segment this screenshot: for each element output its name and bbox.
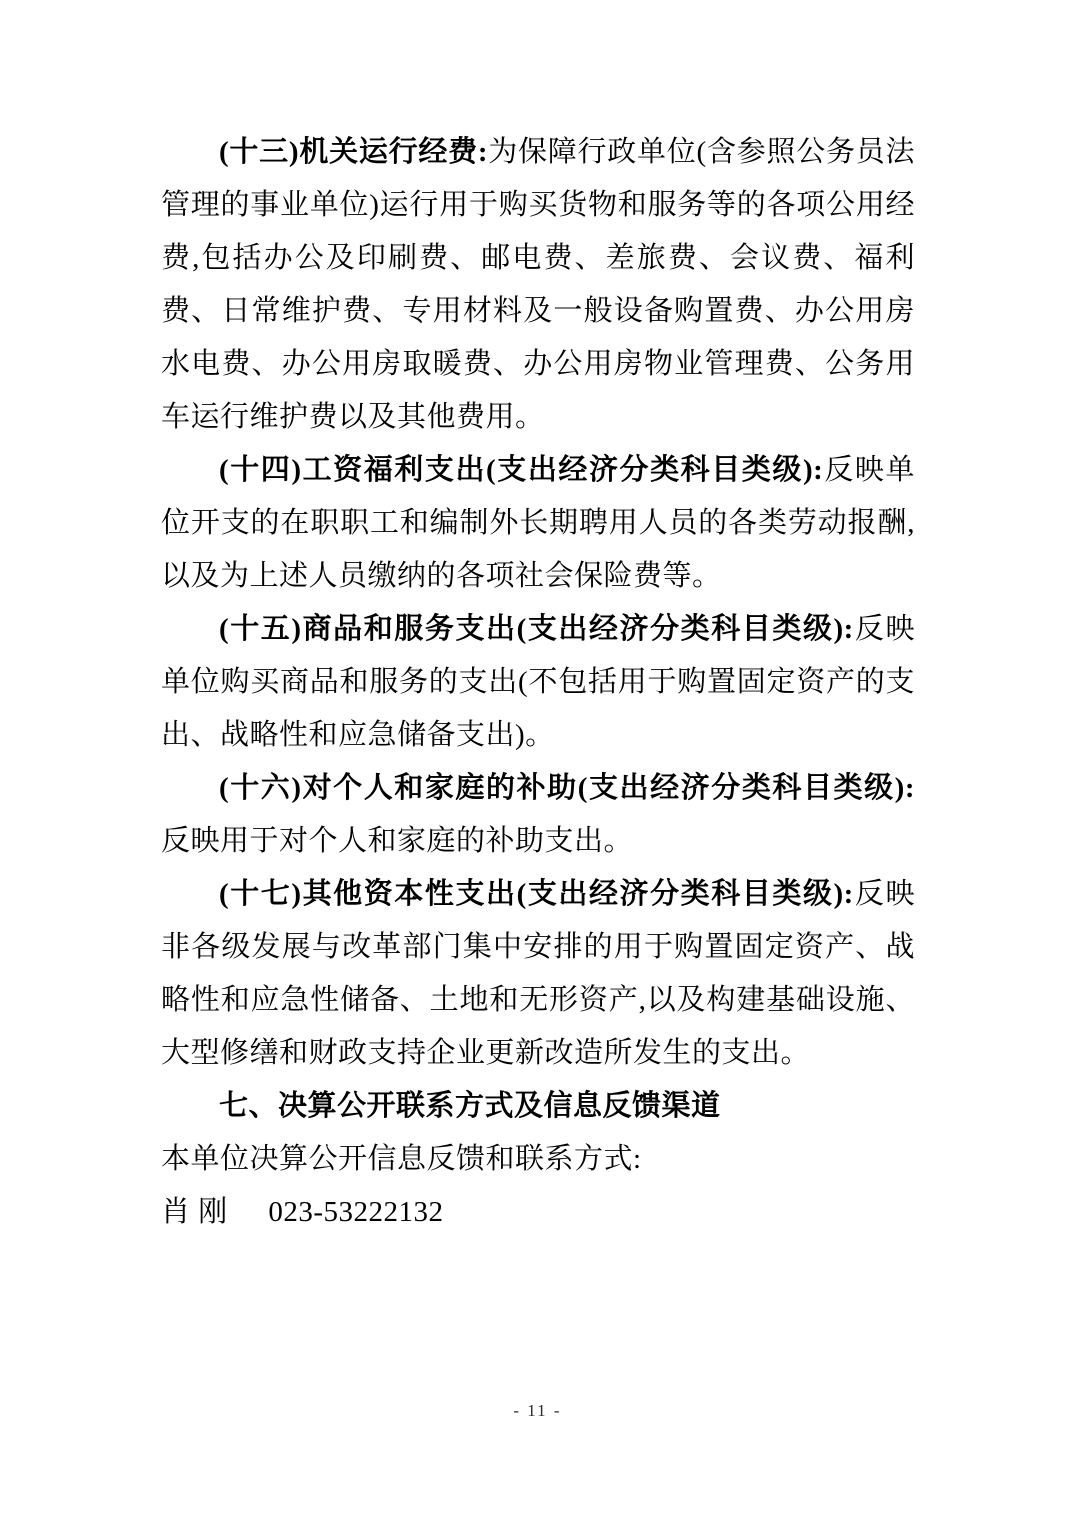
contact-name: 肖 刚 [161, 1196, 228, 1228]
contact-intro: 本单位决算公开信息反馈和联系方式: [161, 1133, 915, 1186]
paragraph-list: (十三)机关运行经费:为保障行政单位(含参照公务员法管理的事业单位)运行用于购买… [161, 126, 915, 1080]
page-number: - 11 - [513, 1401, 561, 1420]
paragraph: (十四)工资福利支出(支出经济分类科目类级):反映单位开支的在职职工和编制外长期… [161, 444, 915, 603]
page-footer: - 11 - [0, 1401, 1075, 1421]
paragraph-lead: (十三)机关运行经费: [219, 136, 488, 168]
paragraph-body: 为保障行政单位(含参照公务员法管理的事业单位)运行用于购买货物和服务等的各项公用… [161, 136, 915, 433]
paragraph-lead: (十六)对个人和家庭的补助(支出经济分类科目类级): [219, 772, 915, 804]
contact-phone: 023-53222132 [268, 1196, 443, 1228]
contact-line: 肖 刚023-53222132 [161, 1186, 915, 1239]
paragraph-lead: (十四)工资福利支出(支出经济分类科目类级): [219, 454, 823, 486]
paragraph: (十五)商品和服务支出(支出经济分类科目类级):反映单位购买商品和服务的支出(不… [161, 603, 915, 762]
paragraph: (十七)其他资本性支出(支出经济分类科目类级):反映非各级发展与改革部门集中安排… [161, 868, 915, 1080]
document-content: (十三)机关运行经费:为保障行政单位(含参照公务员法管理的事业单位)运行用于购买… [161, 126, 915, 1239]
paragraph-lead: (十五)商品和服务支出(支出经济分类科目类级): [219, 613, 854, 645]
paragraph-body: 反映用于对个人和家庭的补助支出。 [161, 825, 633, 857]
paragraph: (十三)机关运行经费:为保障行政单位(含参照公务员法管理的事业单位)运行用于购买… [161, 126, 915, 444]
paragraph: (十六)对个人和家庭的补助(支出经济分类科目类级):反映用于对个人和家庭的补助支… [161, 762, 915, 868]
document-page: (十三)机关运行经费:为保障行政单位(含参照公务员法管理的事业单位)运行用于购买… [0, 0, 1075, 1520]
paragraph-lead: (十七)其他资本性支出(支出经济分类科目类级): [219, 878, 854, 910]
section-heading: 七、决算公开联系方式及信息反馈渠道 [161, 1080, 915, 1133]
